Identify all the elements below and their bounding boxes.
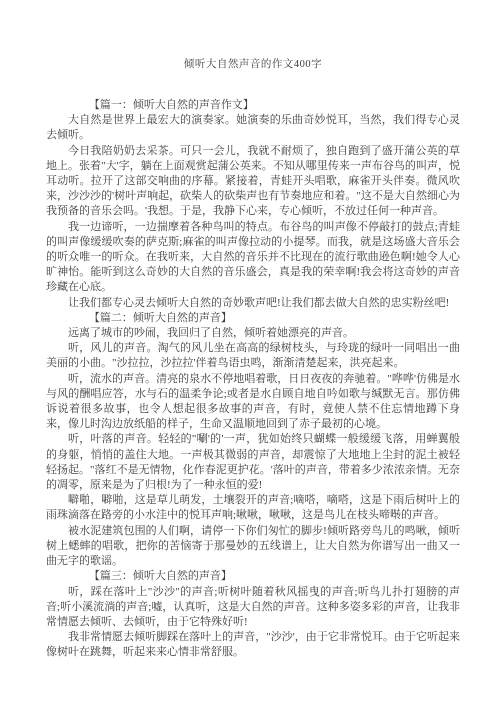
section-heading: 【篇二：倾听大自然的声音】 [46, 311, 460, 326]
paragraph: 大自然是世界上最宏大的演奏家。她演奏的乐曲奇妙悦耳，当然，我们得专心灵去倾听。 [46, 113, 460, 143]
section-heading: 【篇一：倾听大自然的声音作文】 [46, 98, 460, 113]
document-page: 倾听大自然声音的作文400字 【篇一：倾听大自然的声音作文】大自然是世界上最宏大… [0, 0, 500, 707]
document-title: 倾听大自然声音的作文400字 [46, 56, 460, 71]
section-heading: 【篇三：倾听大自然的声音】 [46, 569, 460, 584]
paragraph: 我非常情愿去倾听脚踩在落叶上的声音，"沙沙'，由于它非常悦耳。由于它听起来像树叶… [46, 630, 460, 660]
paragraph: 听，风儿的声音。淘气的风儿坐在高高的绿树枝头，与玲珑的绿叶一同唱出一曲美丽的小曲… [46, 341, 460, 371]
paragraph: 被水泥建筑包围的人们啊，请停一下你们匆忙的脚步!倾听路旁鸟儿的鸣啾，倾听树上蟋蟀… [46, 524, 460, 570]
document-body: 【篇一：倾听大自然的声音作文】大自然是世界上最宏大的演奏家。她演奏的乐曲奇妙悦耳… [46, 98, 460, 661]
paragraph: 噼啪，噼啪，这是草儿萌发，土壤裂开的声音;嘀嗒，嘀嗒，这是下雨后树叶上的雨珠滴落… [46, 493, 460, 523]
paragraph: 听，叶落的声音。轻轻的"唰'的'一声，犹如始终只蝴蝶一般缓缓飞落，用蝉翼般的身躯… [46, 432, 460, 493]
paragraph: 让我们都专心灵去倾听大自然的奇妙歌声吧!让我们都去做大自然的忠实粉丝吧! [46, 296, 460, 311]
paragraph: 远离了城市的吵闹，我回归了自然，倾听着她漂亮的声音。 [46, 326, 460, 341]
paragraph: 我一边谛听，一边揣摩着各种鸟叫的特点。布谷鸟的叫声像不停敲打的鼓点;青蛙的叫声像… [46, 220, 460, 296]
paragraph: 听，踩在落叶上"沙沙"的声音;听树叶随着秋风摇曳的声音;听鸟儿扑打翅膀的声音;听… [46, 585, 460, 631]
paragraph: 今日我陪奶奶去采茶。可只一会儿，我就不耐烦了，独自跑到了盛开蒲公英的草地上。张着… [46, 144, 460, 220]
paragraph: 听，流水的声音。清亮的泉水不停地唱着歌，日日夜夜的奔驰着。"哗哗'仿佛是水与风的… [46, 372, 460, 433]
